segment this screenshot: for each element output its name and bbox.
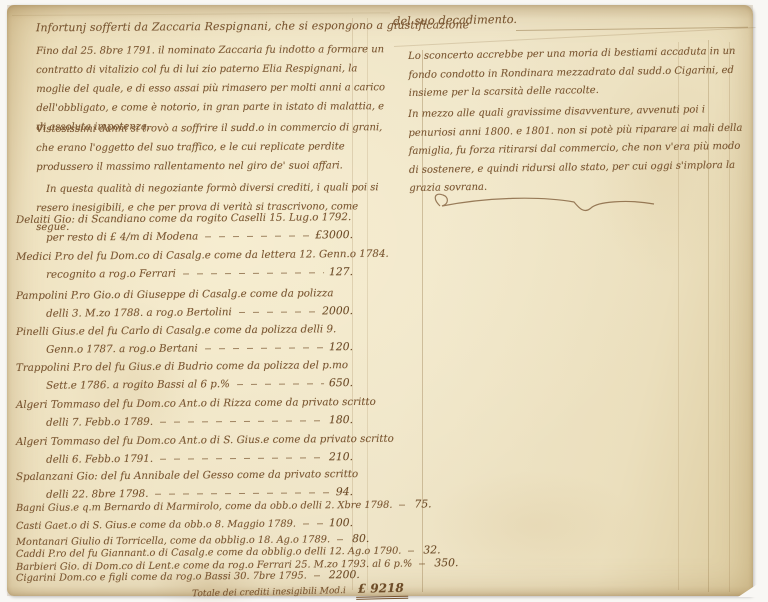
paragraph: Lo sconcerto accrebbe per una moria di b… (408, 43, 753, 104)
document-heading: Infortunj sofferti da Zaccaria Respignan… (36, 19, 406, 35)
paragraph: In questa qualità di negoziante formò di… (36, 178, 390, 237)
document-heading-continuation: del suo decadimento. (393, 12, 517, 28)
paragraph: Vistosissimi danni si trovò a soffrire i… (36, 118, 390, 177)
closing-flourish-icon (428, 190, 660, 224)
document-scan: Infortunj sofferti da Zaccaria Respignan… (0, 0, 768, 602)
torn-corner (738, 581, 762, 597)
paragraph: In mezzo alle quali gravissime disavvent… (408, 101, 753, 199)
